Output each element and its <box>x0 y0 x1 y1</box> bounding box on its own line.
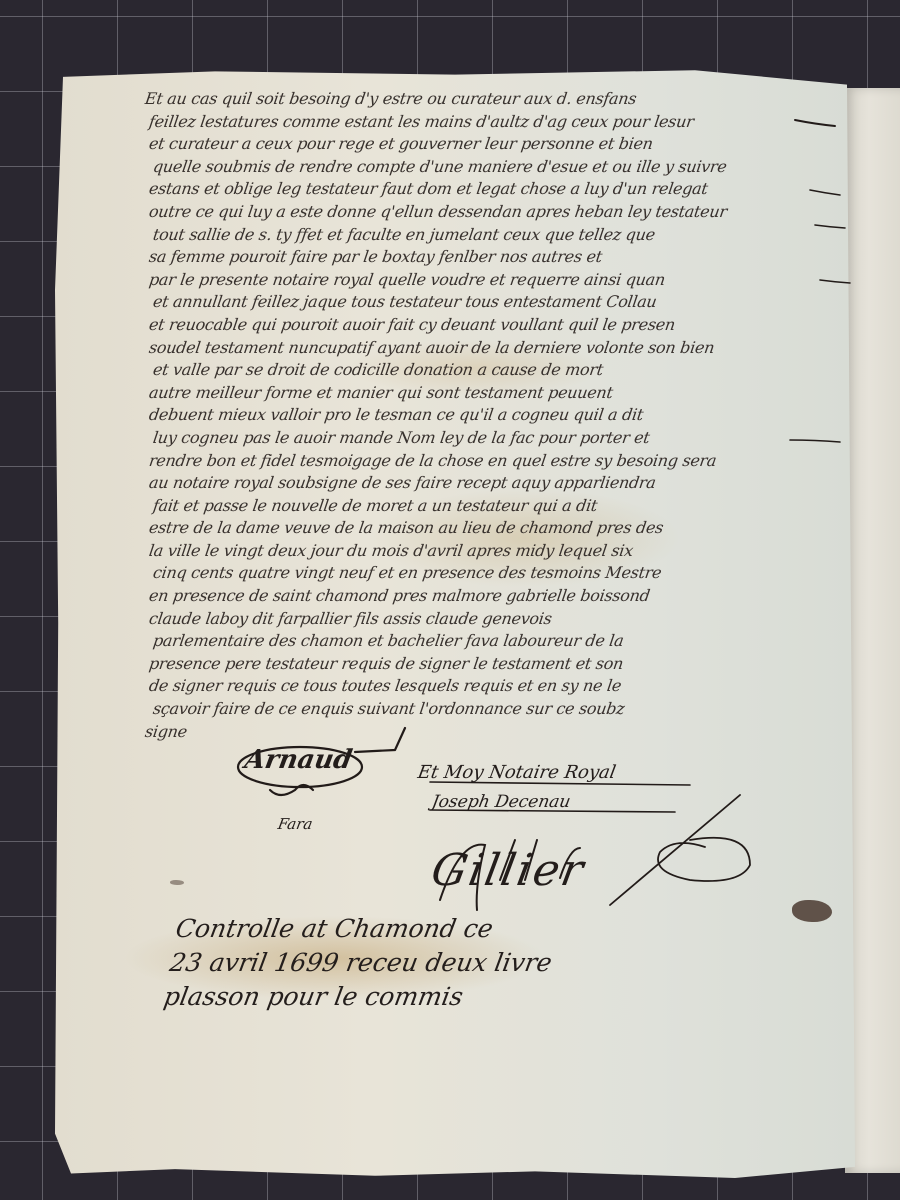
manuscript-line: Et au cas quil soit besoing d'y estre ou… <box>143 88 856 111</box>
notary-name: Joseph Decenau <box>430 792 572 812</box>
control-note-line-1: Controlle at Chamond ce <box>173 912 561 946</box>
manuscript-line: parlementaire des chamon et bachelier fa… <box>143 630 856 653</box>
manuscript-line: de signer requis ce tous toutes lesquels… <box>143 675 856 698</box>
manuscript-line: soudel testament nuncupatif ayant auoir … <box>143 337 856 360</box>
manuscript-line: rendre bon et fidel tesmoigage de la cho… <box>143 450 856 473</box>
control-note-line-2: 23 avril 1699 receu deux livre <box>167 946 555 980</box>
manuscript-line: et curateur a ceux pour rege et gouverne… <box>143 133 856 156</box>
control-note: Controlle at Chamond ce 23 avril 1699 re… <box>161 912 561 1014</box>
manuscript-line: par le presente notaire royal quelle vou… <box>143 269 856 292</box>
signature-gillier: Gillier <box>428 845 590 896</box>
manuscript-line: autre meilleur forme et manier qui sont … <box>143 382 856 405</box>
manuscript-line: cinq cents quatre vingt neuf et en prese… <box>143 562 856 585</box>
manuscript-line: signe <box>143 721 856 744</box>
control-note-line-3: plasson pour le commis <box>161 980 549 1014</box>
manuscript-line: claude laboy dit farpallier fils assis c… <box>143 608 856 631</box>
manuscript-line: sa femme pouroit faire par le boxtay fen… <box>143 246 856 269</box>
manuscript-line: sçavoir faire de ce enquis suivant l'ord… <box>143 698 856 721</box>
signature-fara: Fara <box>276 815 314 833</box>
manuscript-line: et annullant feillez jaque tous testateu… <box>143 291 856 314</box>
manuscript-line: en presence de saint chamond pres malmor… <box>143 585 856 608</box>
ink-blot <box>792 900 832 922</box>
manuscript-line: estans et oblige leg testateur faut dom … <box>143 178 856 201</box>
manuscript-line: feillez lestatures comme estant les main… <box>143 111 856 134</box>
manuscript-line: estre de la dame veuve de la maison au l… <box>143 517 856 540</box>
manuscript-body: Et au cas quil soit besoing d'y estre ou… <box>145 88 855 743</box>
signature-arnaud: Arnaud <box>242 745 354 775</box>
manuscript-line: presence pere testateur requis de signer… <box>143 653 856 676</box>
notary-declaration: Et Moy Notaire Royal <box>416 762 617 783</box>
manuscript-line: tout sallie de s. ty ffet et faculte en … <box>143 224 856 247</box>
manuscript-line: au notaire royal soubsigne de ses faire … <box>143 472 856 495</box>
manuscript-line: et valle par se droit de codicille donat… <box>143 359 856 382</box>
manuscript-line: debuent mieux valloir pro le tesman ce q… <box>143 404 856 427</box>
manuscript-line: quelle soubmis de rendre compte d'une ma… <box>143 156 856 179</box>
manuscript-line: luy cogneu pas le auoir mande Nom ley de… <box>143 427 856 450</box>
ink-blot-small <box>170 880 184 885</box>
manuscript-line: et reuocable qui pouroit auoir fait cy d… <box>143 314 856 337</box>
manuscript-line: outre ce qui luy a este donne q'ellun de… <box>143 201 856 224</box>
manuscript-line: la ville le vingt deux jour du mois d'av… <box>143 540 856 563</box>
manuscript-line: fait et passe le nouvelle de moret a un … <box>143 495 856 518</box>
